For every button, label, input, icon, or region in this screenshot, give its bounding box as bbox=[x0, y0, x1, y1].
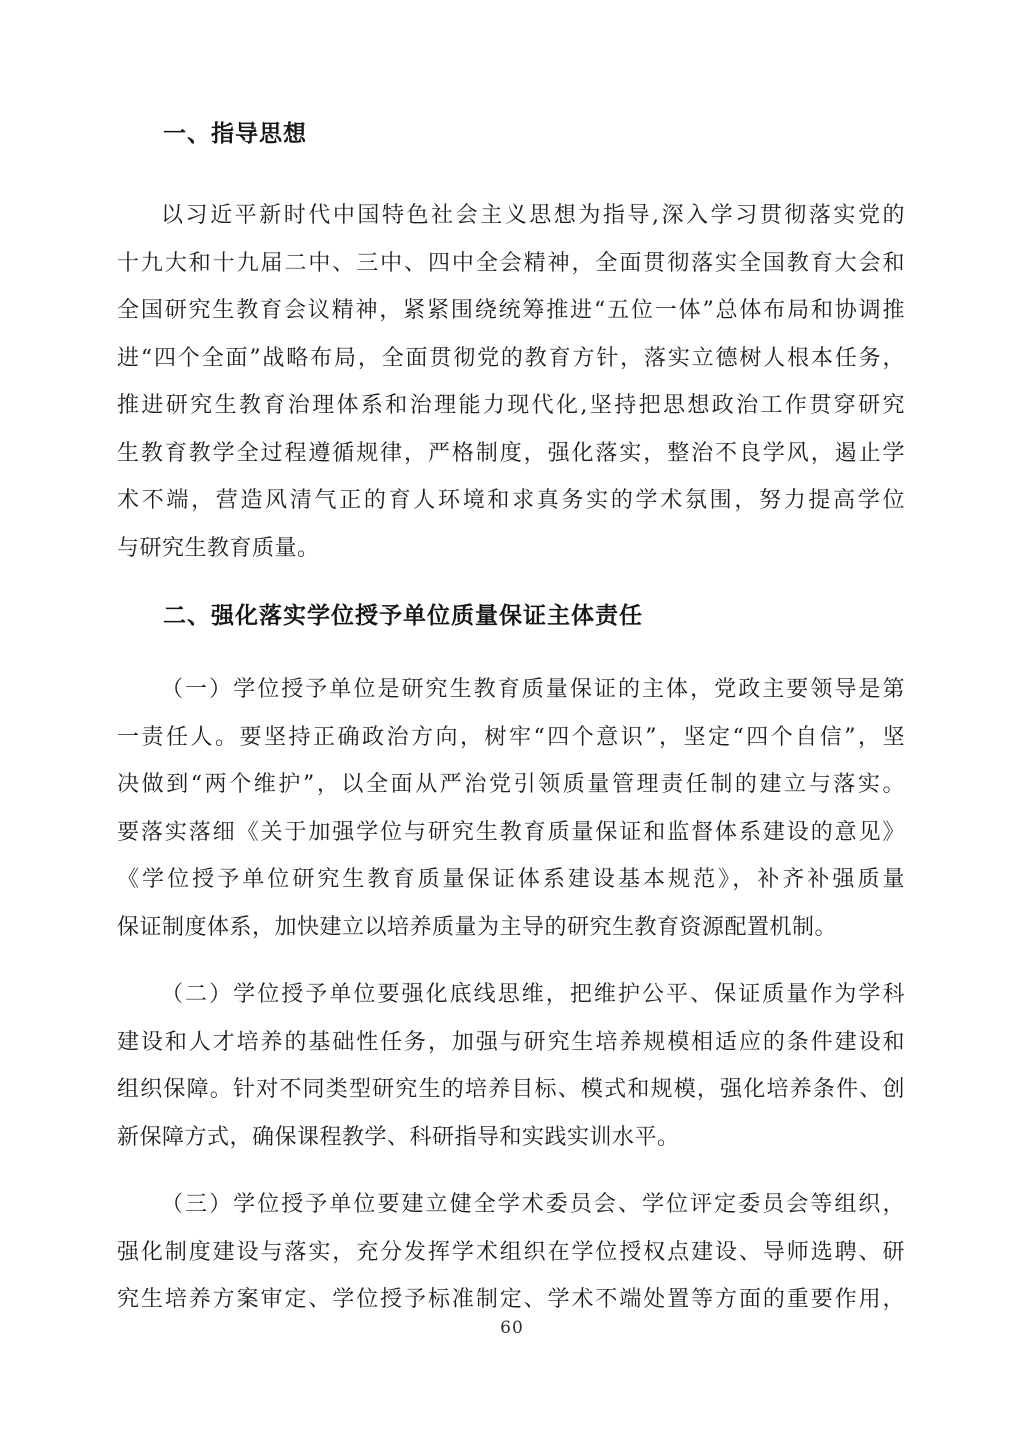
paragraph-line: 以习近平新时代中国特色社会主义思想为指导,深入学习贯彻落实党的 bbox=[117, 192, 905, 240]
paragraph-line: 新保障方式，确保课程教学、科研指导和实践实训水平。 bbox=[117, 1114, 905, 1162]
document-page: 一、指导思想 以习近平新时代中国特色社会主义思想为指导,深入学习贯彻落实党的 十… bbox=[0, 0, 1024, 1446]
paragraph-line: 十九大和十九届二中、三中、四中全会精神，全面贯彻落实全国教育大会和 bbox=[117, 240, 905, 288]
section-heading-guiding-ideology: 一、指导思想 bbox=[117, 110, 905, 158]
paragraph-line: 《学位授予单位研究生教育质量保证体系建设基本规范》，补齐补强质量 bbox=[117, 856, 905, 904]
paragraph-line: 决做到“两个维护”，以全面从严治党引领质量管理责任制的建立与落实。 bbox=[117, 761, 905, 809]
paragraph-line: 究生培养方案审定、学位授予标准制定、学术不端处置等方面的重要作用， bbox=[117, 1276, 905, 1324]
paragraph-item-3: （三）学位授予单位要建立健全学术委员会、学位评定委员会等组织， 强化制度建设与落… bbox=[117, 1181, 905, 1324]
paragraph-line: 与研究生教育质量。 bbox=[117, 525, 905, 573]
paragraph-item-2: （二）学位授予单位要强化底线思维，把维护公平、保证质量作为学科 建设和人才培养的… bbox=[117, 971, 905, 1161]
paragraph-line: （二）学位授予单位要强化底线思维，把维护公平、保证质量作为学科 bbox=[117, 971, 905, 1019]
paragraph-line: 全国研究生教育会议精神，紧紧围绕统筹推进“五位一体”总体布局和协调推 bbox=[117, 287, 905, 335]
paragraph-line: 要落实落细《关于加强学位与研究生教育质量保证和监督体系建设的意见》 bbox=[117, 809, 905, 857]
paragraph-line: （三）学位授予单位要建立健全学术委员会、学位评定委员会等组织， bbox=[117, 1181, 905, 1229]
paragraph-line: 生教育教学全过程遵循规律，严格制度，强化落实，整治不良学风，遏止学 bbox=[117, 430, 905, 478]
paragraph-line: 进“四个全面”战略布局，全面贯彻党的教育方针，落实立德树人根本任务， bbox=[117, 335, 905, 383]
paragraph-line: 术不端，营造风清气正的育人环境和求真务实的学术氛围，努力提高学位 bbox=[117, 477, 905, 525]
page-content: 一、指导思想 以习近平新时代中国特色社会主义思想为指导,深入学习贯彻落实党的 十… bbox=[117, 110, 905, 1344]
paragraph-line: 组织保障。针对不同类型研究生的培养目标、模式和规模，强化培养条件、创 bbox=[117, 1066, 905, 1114]
paragraph-line: （一）学位授予单位是研究生教育质量保证的主体，党政主要领导是第 bbox=[117, 666, 905, 714]
paragraph-line: 保证制度体系，加快建立以培养质量为主导的研究生教育资源配置机制。 bbox=[117, 904, 905, 952]
paragraph-line: 推进研究生教育治理体系和治理能力现代化,坚持把思想政治工作贯穿研究 bbox=[117, 382, 905, 430]
paragraph-line: 一责任人。要坚持正确政治方向，树牢“四个意识”，坚定“四个自信”，坚 bbox=[117, 714, 905, 762]
paragraph-line: 强化制度建设与落实，充分发挥学术组织在学位授权点建设、导师选聘、研 bbox=[117, 1229, 905, 1277]
paragraph-line: 建设和人才培养的基础性任务，加强与研究生培养规模相适应的条件建设和 bbox=[117, 1019, 905, 1067]
paragraph-item-1: （一）学位授予单位是研究生教育质量保证的主体，党政主要领导是第 一责任人。要坚持… bbox=[117, 666, 905, 951]
section-heading-quality-responsibility: 二、强化落实学位授予单位质量保证主体责任 bbox=[117, 592, 905, 640]
page-number: 60 bbox=[0, 1318, 1024, 1338]
paragraph-guiding-ideology: 以习近平新时代中国特色社会主义思想为指导,深入学习贯彻落实党的 十九大和十九届二… bbox=[117, 192, 905, 572]
